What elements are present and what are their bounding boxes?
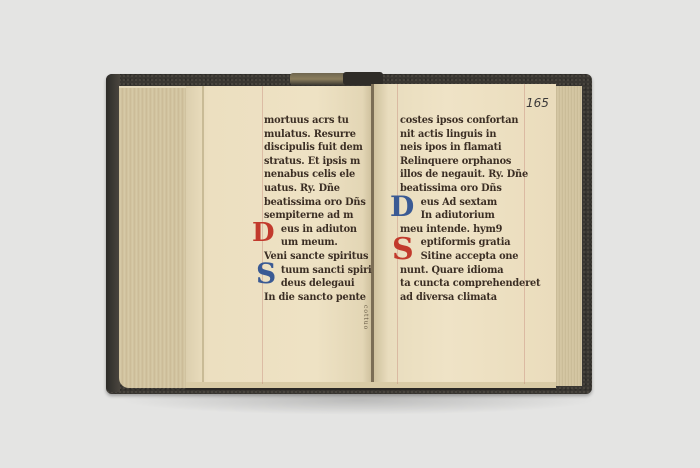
text-line: In adiutorium xyxy=(400,209,522,223)
text-line: Relinquere orphanos xyxy=(400,155,522,169)
right-page-stack xyxy=(554,86,582,386)
blue-initial: D xyxy=(390,190,414,223)
page-bottom-edge xyxy=(186,382,556,390)
text-line: tuum sancti spiri xyxy=(264,264,367,278)
text-line: ta cuncta comprehenderet xyxy=(400,277,522,291)
left-page-stack xyxy=(119,88,189,388)
text-line: nunt. Quare idioma xyxy=(400,264,522,278)
text-line: Veni sancte spiritus xyxy=(264,250,367,264)
right-page-text: costes ipsos confortan nit actis linguis… xyxy=(400,114,530,304)
text-line: eus Ad sextam xyxy=(400,196,522,210)
text-line: eptiformis gratia xyxy=(400,236,522,250)
text-line: deus delegaui xyxy=(264,277,367,291)
text-line: beatissima oro Dñs xyxy=(264,196,367,210)
text-line: stratus. Et ipsis m xyxy=(264,155,367,169)
text-line: mortuus acrs tu xyxy=(264,114,367,128)
text-line: sempiterne ad m xyxy=(264,209,367,223)
text-line: discipulis fuit dem xyxy=(264,141,367,155)
text-line: nit actis linguis in xyxy=(400,128,522,142)
catchword: cottuo xyxy=(362,305,369,330)
left-page-fold xyxy=(202,86,204,384)
text-line: eus in adiuton xyxy=(264,223,367,237)
text-line: nenabus celis ele xyxy=(264,168,367,182)
left-page-text: mortuus acrs tu mulatus. Resurre discipu… xyxy=(264,114,374,304)
red-initial: D xyxy=(252,218,275,248)
text-line: In die sancto pente xyxy=(264,291,367,305)
folio-number: 165 xyxy=(526,96,549,110)
text-line: illos de negauit. Ry. Dñe xyxy=(400,168,522,182)
blue-initial: S xyxy=(256,257,276,290)
text-line: mulatus. Resurre xyxy=(264,128,367,142)
cover-left-edge xyxy=(106,74,120,392)
text-line: ad diversa climata xyxy=(400,291,522,305)
text-line: beatissima oro Dñs xyxy=(400,182,522,196)
text-line: um meum. xyxy=(264,236,367,250)
red-initial: S xyxy=(392,232,414,267)
text-line: neis ipos in flamati xyxy=(400,141,522,155)
text-line: meu intende. hym9 xyxy=(400,223,522,237)
text-line: costes ipsos confortan xyxy=(400,114,522,128)
text-line: uatus. Ry. Dñe xyxy=(264,182,367,196)
text-line: Sitine accepta one xyxy=(400,250,522,264)
